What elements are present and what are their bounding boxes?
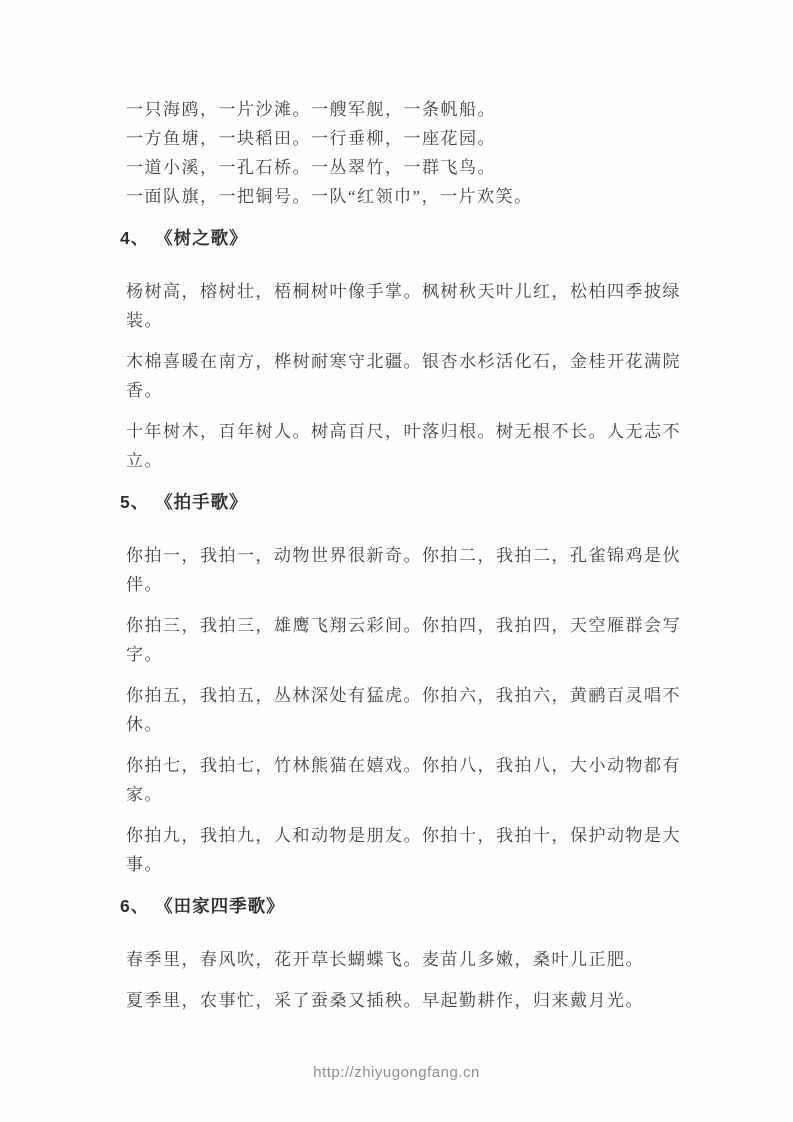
footer-url: http://zhiyugongfang.cn — [0, 1064, 793, 1081]
paragraph: 木棉喜暖在南方，桦树耐寒守北疆。银杏水杉活化石，金桂开花满院 香。 — [126, 347, 713, 405]
paragraph: 你拍五，我拍五，丛林深处有猛虎。你拍六，我拍六，黄鹂百灵唱不 休。 — [126, 681, 713, 739]
paragraph: 春季里，春风吹，花开草长蝴蝶飞。麦苗儿多嫩，桑叶儿正肥。 — [126, 945, 713, 974]
document-page: 一只海鸥，一片沙滩。一艘军舰，一条帆船。 一方鱼塘，一块稻田。一行垂柳，一座花园… — [0, 0, 793, 1122]
section-heading: 5、 《拍手歌》 — [120, 488, 713, 517]
paragraph: 你拍三，我拍三，雄鹰飞翔云彩间。你拍四，我拍四，天空雁群会写 字。 — [126, 611, 713, 669]
document-content: 一只海鸥，一片沙滩。一艘军舰，一条帆船。 一方鱼塘，一块稻田。一行垂柳，一座花园… — [0, 0, 793, 1015]
section-heading: 4、 《树之歌》 — [120, 224, 713, 253]
paragraph: 你拍七，我拍七，竹林熊猫在嬉戏。你拍八，我拍八，大小动物都有 家。 — [126, 751, 713, 809]
intro-verse: 一只海鸥，一片沙滩。一艘军舰，一条帆船。 一方鱼塘，一块稻田。一行垂柳，一座花园… — [126, 95, 713, 211]
paragraph: 你拍一，我拍一，动物世界很新奇。你拍二，我拍二，孔雀锦鸡是伙 伴。 — [126, 541, 713, 599]
paragraph: 十年树木，百年树人。树高百尺，叶落归根。树无根不长。人无志不 立。 — [126, 417, 713, 475]
paragraph: 杨树高，榕树壮，梧桐树叶像手掌。枫树秋天叶儿红，松柏四季披绿 装。 — [126, 277, 713, 335]
paragraph: 夏季里，农事忙，采了蚕桑又插秧。早起勤耕作，归来戴月光。 — [126, 986, 713, 1015]
section-tree-song: 4、 《树之歌》 杨树高，榕树壮，梧桐树叶像手掌。枫树秋天叶儿红，松柏四季披绿 … — [126, 224, 713, 475]
section-four-seasons-song: 6、 《田家四季歌》 春季里，春风吹，花开草长蝴蝶飞。麦苗儿多嫩，桑叶儿正肥。 … — [126, 892, 713, 1015]
section-heading: 6、 《田家四季歌》 — [120, 892, 713, 921]
paragraph: 你拍九，我拍九，人和动物是朋友。你拍十，我拍十，保护动物是大 事。 — [126, 821, 713, 879]
section-clapping-song: 5、 《拍手歌》 你拍一，我拍一，动物世界很新奇。你拍二，我拍二，孔雀锦鸡是伙 … — [126, 488, 713, 879]
